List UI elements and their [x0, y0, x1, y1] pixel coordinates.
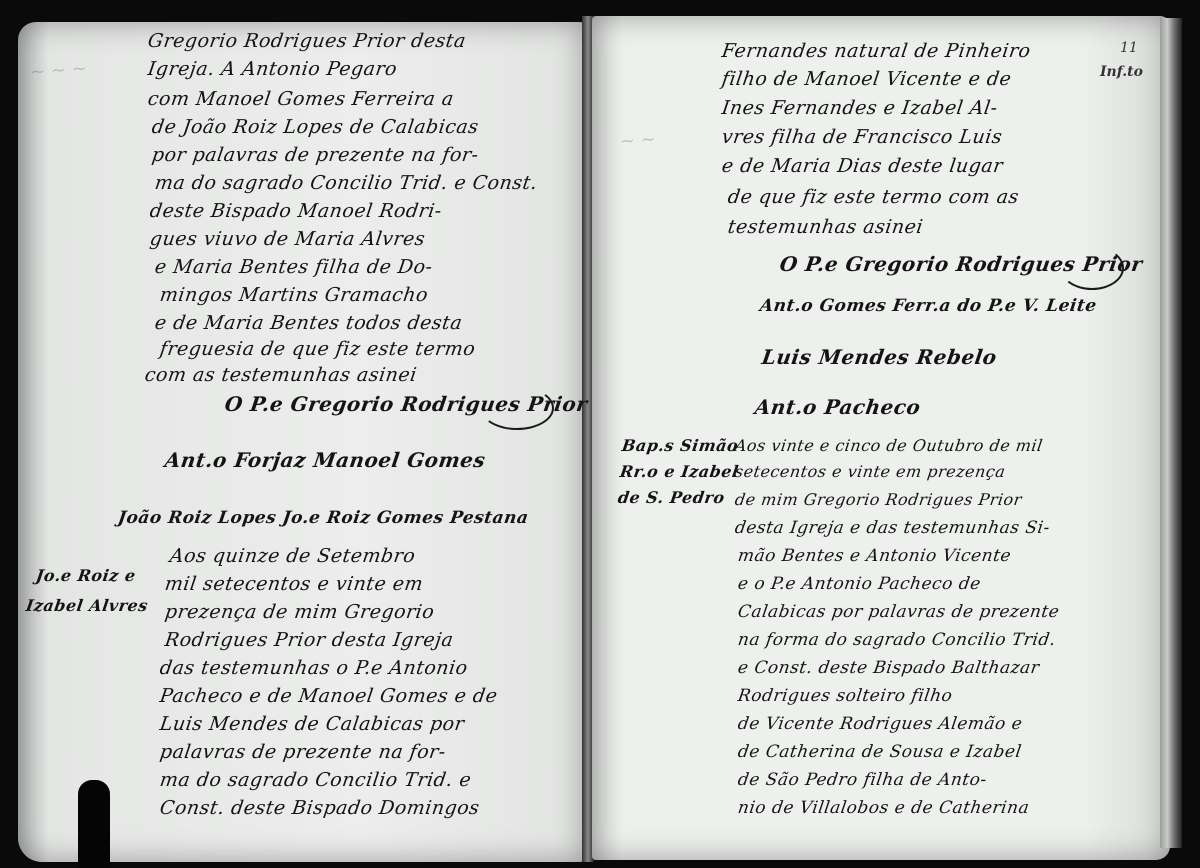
signature: Ant.o Gomes Ferr.a do P.e V. Leite — [759, 296, 1098, 316]
text-line: de Catherina de Sousa e Izabel — [737, 742, 1023, 762]
signature: João Roiz Lopes Jo.e Roiz Gomes Pestana — [117, 508, 530, 528]
text-line: Gregorio Rodrigues Prior desta — [146, 30, 467, 52]
text-line: Rodrigues solteiro filho — [737, 686, 954, 706]
text-line: ma do sagrado Concilio Trid. e Const. — [153, 172, 538, 194]
text-line: mingos Martins Gramacho — [158, 284, 429, 306]
text-line: na forma do sagrado Concilio Trid. — [737, 630, 1058, 650]
text-line: Pacheco e de Manoel Gomes e de — [158, 685, 498, 707]
bleed-through-text: ~ ~ — [619, 129, 656, 152]
text-line: Rodrigues Prior desta Igreja — [163, 629, 454, 651]
text-line: desta Igreja e das testemunhas Si- — [734, 518, 1052, 538]
text-line: de que fiz este termo com as — [726, 186, 1020, 208]
text-line: gues viuvo de Maria Alvres — [148, 228, 426, 250]
text-line: Calabicas por palavras de prezente — [737, 602, 1061, 622]
text-line: por palavras de prezente na for- — [150, 144, 480, 166]
signature-flourish — [480, 386, 554, 430]
text-line: e o P.e Antonio Pacheco de — [737, 574, 983, 594]
text-line: mão Bentes e Antonio Vicente — [737, 546, 1013, 566]
text-line: Aos vinte e cinco de Outubro de mil — [734, 436, 1044, 455]
text-line: nio de Villalobos e de Catherina — [737, 798, 1031, 818]
text-line: com as testemunhas asinei — [143, 364, 418, 386]
text-line: Ines Fernandes e Izabel Al- — [720, 97, 999, 119]
margin-text: Izabel Alvres — [25, 596, 150, 615]
margin-text: Rr.o e Izabel — [619, 462, 740, 481]
text-line: de João Roiz Lopes de Calabicas — [150, 116, 480, 138]
text-line: ma do sagrado Concilio Trid. e — [158, 769, 472, 791]
text-line: Const. deste Bispado Domingos — [158, 797, 481, 819]
text-line: das testemunhas o P.e Antonio — [158, 657, 469, 679]
text-line: e Const. deste Bispado Balthazar — [737, 658, 1041, 678]
margin-text: Jo.e Roiz e — [35, 566, 137, 585]
signature: Ant.o Pacheco — [753, 395, 922, 419]
text-line: filho de Manoel Vicente e de — [720, 68, 1012, 90]
signature-flourish — [1060, 246, 1124, 290]
text-line: testemunhas asinei — [726, 216, 924, 238]
text-line: freguesia de que fiz este termo — [158, 338, 476, 360]
text-line: de Vicente Rodrigues Alemão e — [737, 714, 1024, 734]
text-line: vres filha de Francisco Luis — [720, 126, 1003, 148]
text-line: Luis Mendes de Calabicas por — [158, 713, 465, 735]
text-line: e Maria Bentes filha de Do- — [153, 256, 434, 278]
text-line: palavras de prezente na for- — [158, 741, 447, 763]
page-edge-strip — [1160, 18, 1182, 848]
text-line: de São Pedro filha de Anto- — [737, 770, 988, 790]
margin-text: Bap.s Simão — [621, 436, 740, 455]
text-line: com Manoel Gomes Ferreira a — [146, 88, 455, 110]
thumb-shadow — [78, 780, 110, 868]
signature: Ant.o Forjaz Manoel Gomes — [163, 448, 487, 472]
text-line: de mim Gregorio Rodrigues Prior — [734, 490, 1024, 509]
text-line: Aos quinze de Setembro — [168, 545, 416, 567]
text-line: e de Maria Bentes todos desta — [153, 312, 463, 334]
text-line: Igreja. A Antonio Pegaro — [146, 58, 398, 80]
text-line: e de Maria Dias deste lugar — [720, 155, 1004, 177]
text-line: prezença de mim Gregorio — [163, 601, 435, 623]
bleed-through-text: ~ ~ ~ — [29, 58, 87, 83]
page-mark: Inf.to — [1100, 64, 1143, 80]
margin-text: de S. Pedro — [617, 488, 726, 507]
text-line: deste Bispado Manoel Rodri- — [148, 200, 443, 222]
text-line: Fernandes natural de Pinheiro — [720, 40, 1032, 62]
signature: Luis Mendes Rebelo — [760, 345, 998, 369]
page-number: 11 — [1120, 40, 1138, 56]
text-line: mil setecentos e vinte em — [163, 573, 424, 595]
text-line: setecentos e vinte em prezença — [734, 462, 1007, 481]
